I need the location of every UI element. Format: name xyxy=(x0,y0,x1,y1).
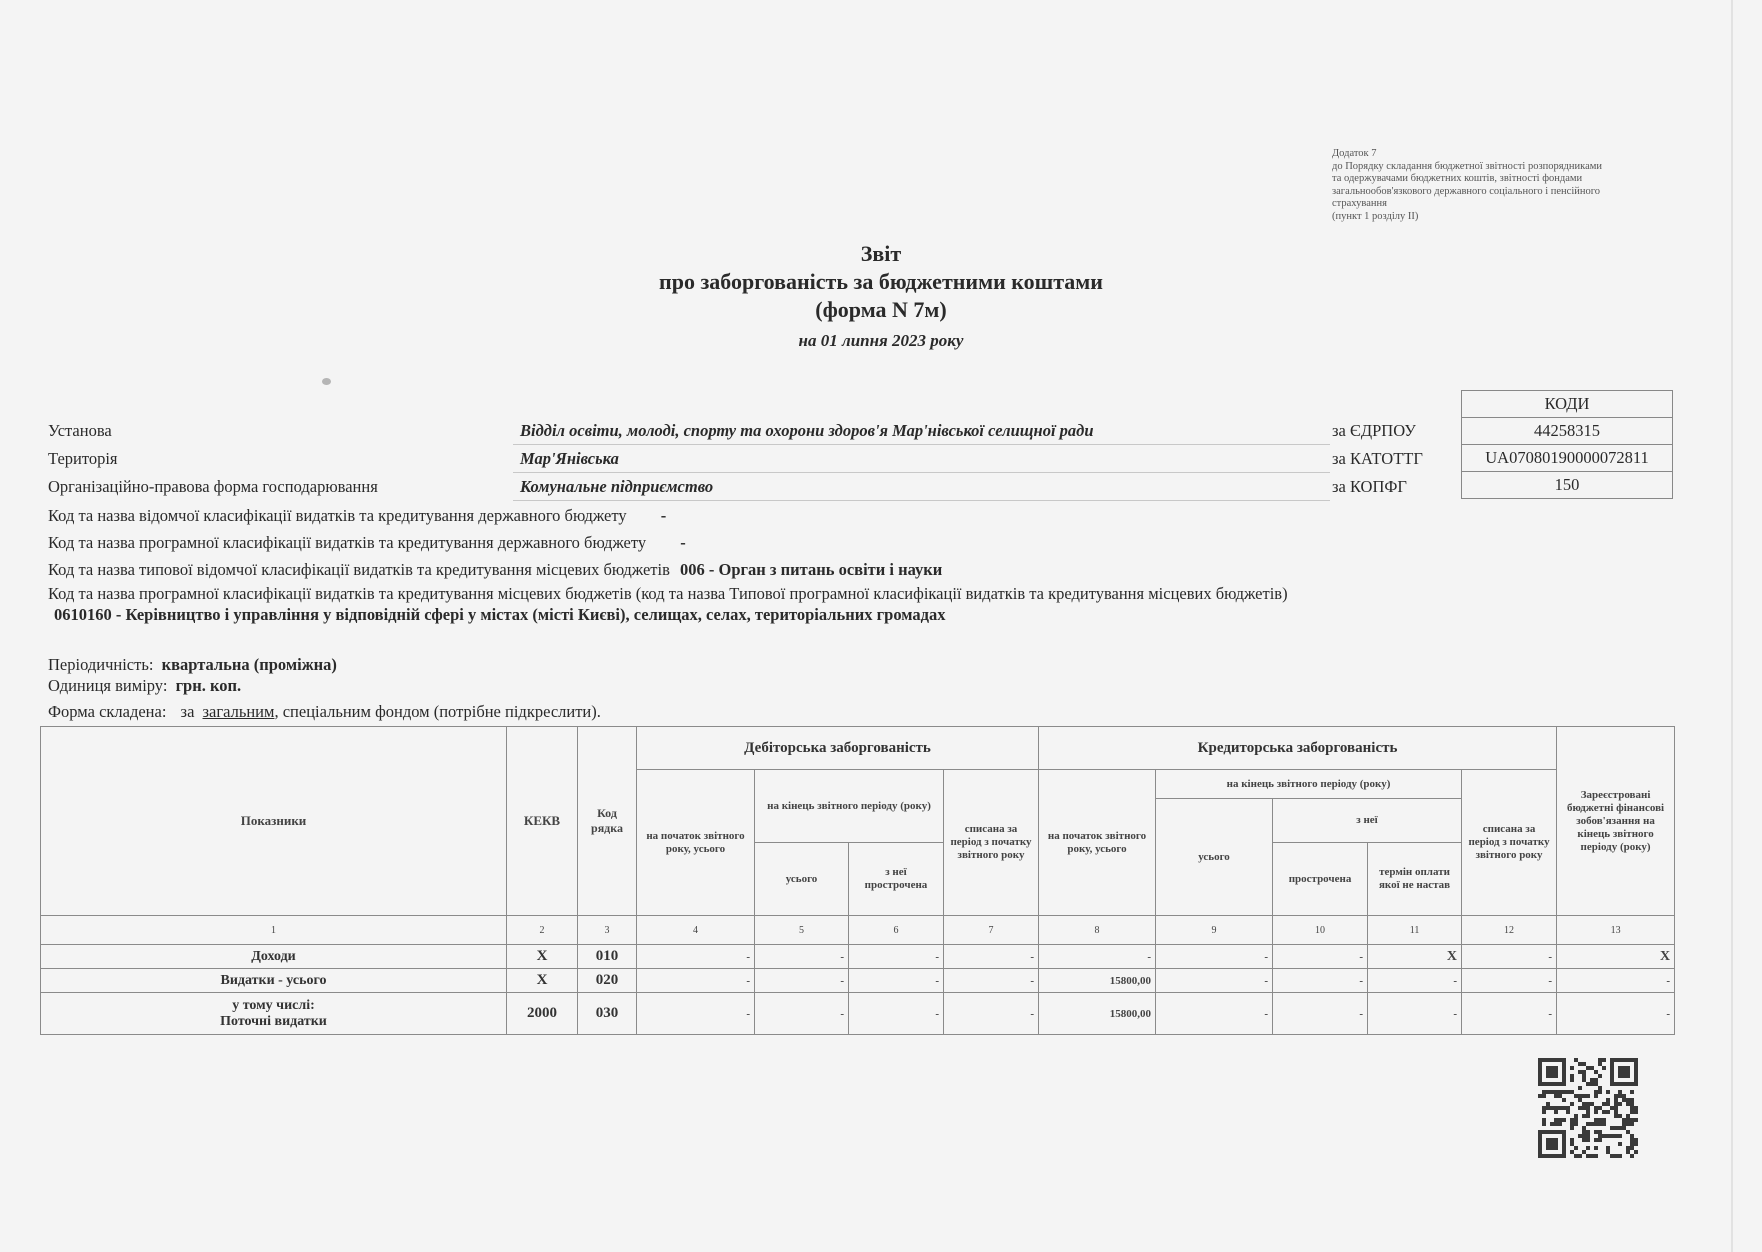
underline xyxy=(513,472,1330,473)
legal-form-label: Організаційно-правова форма господарюван… xyxy=(48,477,378,497)
scan-smudge xyxy=(322,378,331,385)
row-value: X xyxy=(1557,945,1675,969)
header-indicators: Показники xyxy=(41,727,507,916)
table-row: ДоходиX010-------X-X xyxy=(41,945,1675,969)
row-value: - xyxy=(944,969,1039,993)
dept-state-classification: Код та назва відомчої класифікації видат… xyxy=(48,505,666,526)
periodicity-label: Періодичність: xyxy=(48,655,153,674)
row-code: 020 xyxy=(578,969,637,993)
title-form-number: (форма N 7м) xyxy=(0,296,1762,324)
fund-general: загальним xyxy=(203,702,275,721)
katottg-value: UA07080190000072811 xyxy=(1462,445,1673,472)
row-kekv: X xyxy=(507,945,578,969)
appendix-note: Додаток 7 до Порядку складання бюджетної… xyxy=(1332,148,1672,223)
column-number: 3 xyxy=(578,916,637,945)
prog-local-classification: Код та назва програмної класифікації вид… xyxy=(48,583,1308,625)
codes-header: КОДИ xyxy=(1462,391,1673,418)
header-credit-of-it: з неї xyxy=(1273,799,1462,843)
column-number: 8 xyxy=(1039,916,1156,945)
katottg-label: за КАТОТТГ xyxy=(1332,449,1423,469)
header-debit-start: на початок звітного року, усього xyxy=(637,770,755,916)
row-value: - xyxy=(849,969,944,993)
row-value: - xyxy=(849,945,944,969)
fund-rest: , спеціальним фондом (потрібне підкресли… xyxy=(274,702,600,721)
row-value: - xyxy=(755,993,849,1035)
institution-value: Відділ освіти, молоді, спорту та охорони… xyxy=(520,421,1094,441)
header-debit-group: Дебіторська заборгованість xyxy=(637,727,1039,770)
debt-table: Показники КЕКВ Код рядка Дебіторська заб… xyxy=(40,726,1675,1035)
header-credit-written-off: списана за період з початку звітного рок… xyxy=(1462,770,1557,916)
column-number: 10 xyxy=(1273,916,1368,945)
column-number: 9 xyxy=(1156,916,1273,945)
prog-state-value: - xyxy=(680,533,686,552)
row-value: - xyxy=(1156,993,1273,1035)
header-debit-end-overdue: з неї прострочена xyxy=(849,843,944,916)
row-value: - xyxy=(755,969,849,993)
header-debit-end-group: на кінець звітного періоду (року) xyxy=(755,770,944,843)
row-value: - xyxy=(1156,969,1273,993)
row-value: - xyxy=(1039,945,1156,969)
scan-edge xyxy=(1731,0,1733,1252)
appendix-line: страхування xyxy=(1332,198,1672,211)
legal-form-value: Комунальне підприємство xyxy=(520,477,713,497)
column-number: 13 xyxy=(1557,916,1675,945)
row-label-line: Доходи xyxy=(45,949,502,965)
row-value: 15800,00 xyxy=(1039,993,1156,1035)
row-value: - xyxy=(755,945,849,969)
row-value: - xyxy=(1462,945,1557,969)
row-value: - xyxy=(637,969,755,993)
row-value: X xyxy=(1368,945,1462,969)
row-code: 030 xyxy=(578,993,637,1035)
row-label: Доходи xyxy=(41,945,507,969)
codes-table: КОДИ 44258315 UA07080190000072811 150 xyxy=(1461,390,1673,499)
table-row: Видатки - усьогоX020----15800,00----- xyxy=(41,969,1675,993)
prog-state-label: Код та назва програмної класифікації вид… xyxy=(48,533,646,552)
row-value: - xyxy=(1462,993,1557,1035)
typical-local-label: Код та назва типової відомчої класифікац… xyxy=(48,560,670,579)
title-line-1: Звіт xyxy=(0,240,1762,268)
prog-state-classification: Код та назва програмної класифікації вид… xyxy=(48,532,686,553)
typical-local-classification: Код та назва типової відомчої класифікац… xyxy=(48,559,942,580)
row-value: - xyxy=(1557,969,1675,993)
row-label: Видатки - усього xyxy=(41,969,507,993)
header-credit-group: Кредиторська заборгованість xyxy=(1039,727,1557,770)
row-value: - xyxy=(1273,945,1368,969)
column-numbers-row: 1 2 3 4 5 6 7 8 9 10 11 12 13 xyxy=(41,916,1675,945)
periodicity-value: квартальна (проміжна) xyxy=(162,655,337,674)
row-value: - xyxy=(1273,993,1368,1035)
row-kekv: 2000 xyxy=(507,993,578,1035)
header-credit-not-due: термін оплати якої не настав xyxy=(1368,843,1462,916)
unit: Одиниця виміру: грн. коп. xyxy=(48,675,241,696)
row-value: - xyxy=(1462,969,1557,993)
row-value: - xyxy=(637,993,755,1035)
fund-prefix: за xyxy=(181,702,195,721)
row-label: у тому числі:Поточні видатки xyxy=(41,993,507,1035)
column-number: 6 xyxy=(849,916,944,945)
prog-local-label: Код та назва програмної класифікації вид… xyxy=(48,584,1288,603)
column-number: 2 xyxy=(507,916,578,945)
header-credit-end-group: на кінець звітного періоду (року) xyxy=(1156,770,1462,799)
title-line-2: про заборгованість за бюджетними коштами xyxy=(0,268,1762,296)
column-number: 5 xyxy=(755,916,849,945)
row-kekv: X xyxy=(507,969,578,993)
typical-local-value: 006 - Орган з питань освіти і науки xyxy=(680,560,942,579)
row-label-line: Видатки - усього xyxy=(45,973,502,989)
column-number: 1 xyxy=(41,916,507,945)
row-value: - xyxy=(1156,945,1273,969)
institution-label: Установа xyxy=(48,421,112,441)
row-value: - xyxy=(944,993,1039,1035)
edrpou-label: за ЄДРПОУ xyxy=(1332,421,1416,441)
header-credit-overdue: прострочена xyxy=(1273,843,1368,916)
row-value: - xyxy=(1368,993,1462,1035)
prog-local-value: 0610160 - Керівництво і управління у від… xyxy=(54,605,945,624)
header-credit-end-total: усього xyxy=(1156,799,1273,916)
periodicity: Періодичність: квартальна (проміжна) xyxy=(48,654,337,675)
territory-label: Територія xyxy=(48,449,118,469)
kopfg-label: за КОПФГ xyxy=(1332,477,1407,497)
appendix-line: (пункт 1 розділу II) xyxy=(1332,211,1672,224)
qr-code-icon xyxy=(1538,1058,1638,1158)
appendix-line: загальнообов'язкового державного соціаль… xyxy=(1332,186,1672,199)
column-number: 11 xyxy=(1368,916,1462,945)
header-registered-obligations: Зареєстровані бюджетні фінансові зобов'я… xyxy=(1557,727,1675,916)
fund-form: Форма складена: за загальним, спеціальни… xyxy=(48,701,601,722)
kopfg-value: 150 xyxy=(1462,472,1673,499)
header-credit-start: на початок звітного року, усього xyxy=(1039,770,1156,916)
row-value: 15800,00 xyxy=(1039,969,1156,993)
header-row-code: Код рядка xyxy=(578,727,637,916)
header-debit-end-total: усього xyxy=(755,843,849,916)
header-kekv: КЕКВ xyxy=(507,727,578,916)
appendix-line: Додаток 7 xyxy=(1332,148,1672,161)
table-row: у тому числі:Поточні видатки2000030----1… xyxy=(41,993,1675,1035)
row-code: 010 xyxy=(578,945,637,969)
appendix-line: до Порядку складання бюджетної звітності… xyxy=(1332,161,1672,174)
edrpou-value: 44258315 xyxy=(1462,418,1673,445)
appendix-line: та одержувачами бюджетних коштів, звітно… xyxy=(1332,173,1672,186)
column-number: 7 xyxy=(944,916,1039,945)
row-value: - xyxy=(1273,969,1368,993)
column-number: 12 xyxy=(1462,916,1557,945)
row-value: - xyxy=(637,945,755,969)
row-value: - xyxy=(1368,969,1462,993)
fund-label: Форма складена: xyxy=(48,702,166,721)
underline xyxy=(513,444,1330,445)
report-title: Звіт про заборгованість за бюджетними ко… xyxy=(0,240,1762,354)
dept-state-value: - xyxy=(661,506,667,525)
dept-state-label: Код та назва відомчої класифікації видат… xyxy=(48,506,627,525)
unit-label: Одиниця виміру: xyxy=(48,676,167,695)
row-value: - xyxy=(849,993,944,1035)
header-debit-written-off: списана за період з початку звітного рок… xyxy=(944,770,1039,916)
territory-value: Мар'Янівська xyxy=(520,449,619,469)
underline xyxy=(513,500,1330,501)
row-label-line: у тому числі: xyxy=(45,998,502,1014)
row-value: - xyxy=(944,945,1039,969)
report-date: на 01 липня 2023 року xyxy=(0,328,1762,354)
unit-value: грн. коп. xyxy=(176,676,242,695)
row-label-line: Поточні видатки xyxy=(45,1014,502,1030)
row-value: - xyxy=(1557,993,1675,1035)
column-number: 4 xyxy=(637,916,755,945)
